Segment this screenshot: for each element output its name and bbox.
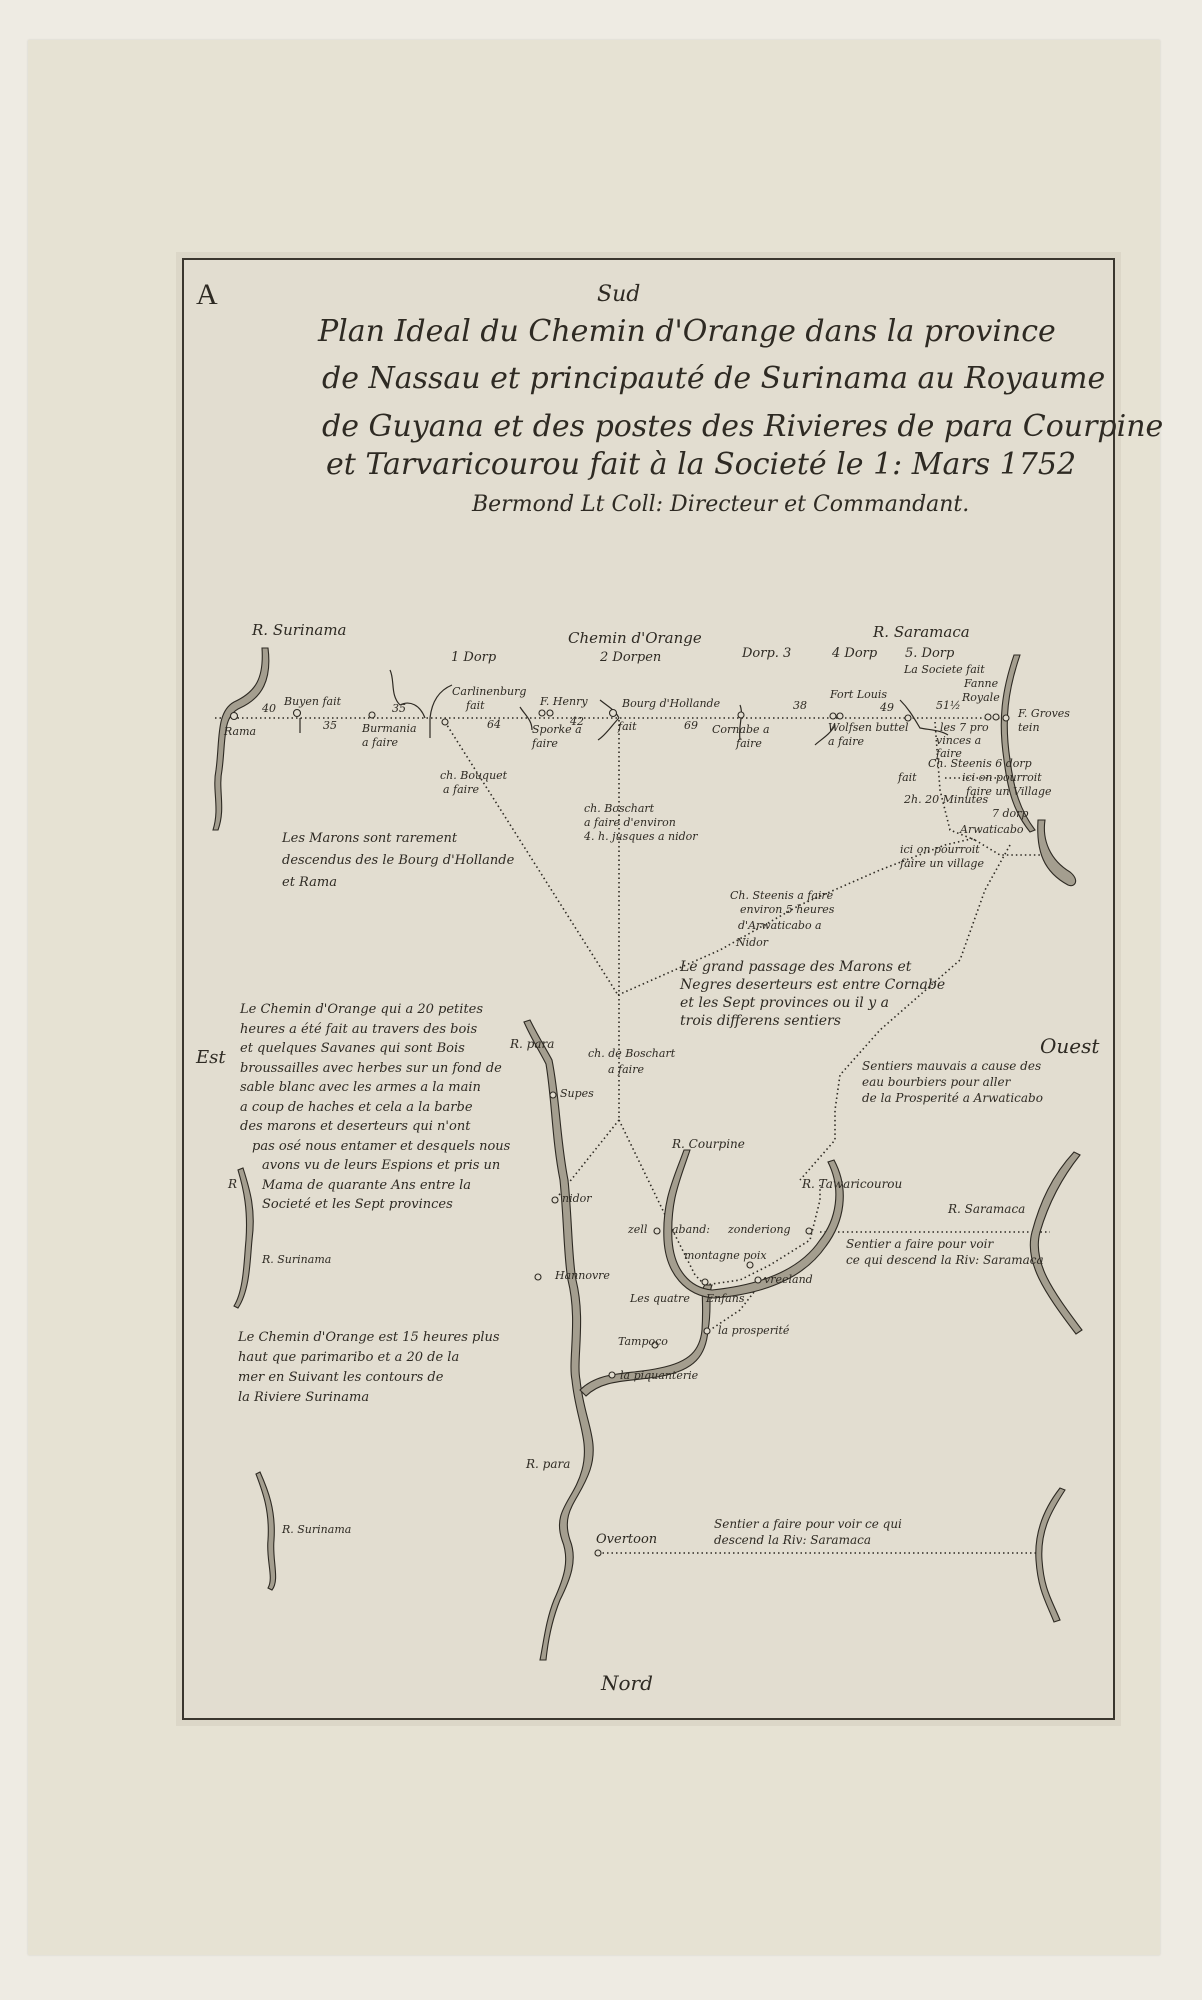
distance-label: 42 (570, 716, 584, 729)
title-signature: Bermond Lt Coll: Directeur et Commandant… (472, 492, 969, 517)
label-ch-steenis-1: Ch. Steenis a faire (730, 890, 833, 903)
label-f-groves-tein: tein (1018, 722, 1040, 735)
label-r-para: R. para (510, 1038, 554, 1052)
label-dorp-4: 4 Dorp (832, 647, 877, 662)
title-line-2: de Nassau et principauté de Surinama au … (322, 362, 1105, 397)
label-r-surinama-bottom: R. Surinama (282, 1524, 351, 1537)
label-carlinenburg-fait: fait (466, 700, 485, 713)
label-r-surinama-top: R. Surinama (252, 622, 347, 639)
compass-west: Ouest (1040, 1035, 1099, 1058)
label-dorp-7: 7 dorp (992, 808, 1028, 821)
label-aband: aband: (672, 1224, 710, 1237)
label-sporke-faire: faire (532, 738, 558, 751)
label-bourg-fait: fait (618, 721, 637, 734)
note-marons: Les Marons sont rarement descendus des l… (282, 828, 514, 894)
label-r-para-bottom: R. para (526, 1458, 570, 1472)
note-sentiers-mauvais: Sentiers mauvais a cause des eau bourbie… (862, 1058, 1043, 1106)
label-heures-minutes: 2h. 20 Minutes (904, 794, 988, 807)
label-wolfsenbuttel-faire: a faire (828, 736, 864, 749)
label-f-henry: F. Henry (540, 696, 588, 709)
distance-label: 51½ (936, 700, 961, 713)
river-surinama-bottom-left (256, 1472, 276, 1590)
note-sentier-bottom: Sentier a faire pour voir ce qui descend… (714, 1516, 902, 1548)
label-sept-provinces-1: les 7 pro (940, 722, 989, 735)
distance-label: 35 (323, 720, 337, 733)
label-ch-steenis-4: Nidor (736, 937, 768, 950)
label-montagne-poix: montagne poix (684, 1250, 767, 1263)
distance-label: 49 (880, 702, 894, 715)
label-ch-bouquet-faire: a faire (443, 784, 479, 797)
label-ici-village-b1: ici on pourroit (900, 844, 980, 857)
label-dorp-5: 5. Dorp (905, 647, 954, 662)
label-la-societe-fait: La Societe fait (904, 664, 985, 677)
label-quatre: Les quatre (630, 1293, 690, 1306)
label-burmania: Burmania (362, 723, 417, 736)
label-ch-de-boschart: ch. de Boschart (588, 1048, 675, 1061)
label-la-prosperite: la prosperité (718, 1325, 789, 1338)
label-enfans: Enfans (706, 1293, 744, 1306)
distance-label: 69 (684, 720, 698, 733)
plate-letter: A (196, 278, 218, 312)
label-hannovre: Hannovre (555, 1270, 610, 1283)
label-ch-boschart-2: a faire d'environ (584, 817, 676, 830)
note-grand-passage: Le grand passage des Marons et Negres de… (680, 958, 945, 1030)
label-fanne: Fanne (964, 678, 998, 691)
note-chemin-description: Le Chemin d'Orange qui a 20 petites heur… (240, 1000, 510, 1215)
label-rama: Rama (224, 726, 256, 739)
river-saramaca-arwaticabo (1038, 820, 1076, 886)
label-burmania-faire: a faire (362, 737, 398, 750)
label-bourg-hollande: Bourg d'Hollande (622, 698, 720, 711)
label-dorp-3: Dorp. 3 (742, 647, 791, 662)
label-supes: Supes (560, 1088, 594, 1101)
river-surinama-top (213, 648, 269, 830)
title-line-4: et Tarvaricourou fait à la Societé le 1:… (326, 448, 1076, 483)
distance-label: 64 (487, 719, 501, 732)
river-para (524, 1020, 593, 1660)
label-ch-steenis-3: d'Arwaticabo a (738, 920, 822, 933)
label-ch-bouquet: ch. Bouquet (440, 770, 507, 783)
label-chemin-orange: Chemin d'Orange (568, 630, 702, 647)
label-la-piquanterie: la piquanterie (620, 1370, 698, 1383)
label-overtoon: Overtoon (596, 1533, 657, 1548)
label-cornabe: Cornabe a (712, 724, 770, 737)
label-zell: zell (628, 1224, 647, 1237)
label-zonderiong: zonderiong (728, 1224, 791, 1237)
distance-label: 35 (392, 703, 406, 716)
label-r-left: R (228, 1178, 237, 1192)
label-ch-steenis-6-dorp: Ch. Steenis 6 dorp (928, 758, 1032, 771)
label-wolfsenbuttel: Wolfsen buttel (828, 722, 909, 735)
compass-south: Sud (597, 282, 640, 307)
label-ch-steenis-fait: fait (898, 772, 917, 785)
distance-label: 40 (262, 703, 276, 716)
label-arwaticabo: Arwaticabo (960, 824, 1024, 837)
label-ch-boschart: ch. Boschart (584, 803, 654, 816)
label-royale: Royale (962, 692, 1000, 705)
label-r-saramaca-mid: R. Saramaca (948, 1203, 1025, 1217)
arwaticabo-path (975, 840, 1040, 855)
compass-east: Est (196, 1048, 226, 1069)
label-r-surinama-left: R. Surinama (262, 1254, 331, 1267)
river-saramaca-bottom (1036, 1488, 1065, 1622)
note-sentier-saramaca: Sentier a faire pour voir ce qui descend… (846, 1236, 1044, 1268)
label-vreeland: vreeland (764, 1274, 813, 1287)
label-f-groves: F. Groves (1018, 708, 1070, 721)
label-buyen-fait: Buyen fait (284, 696, 341, 709)
label-ici-village-1: ici on pourroit (962, 772, 1042, 785)
compass-north: Nord (601, 1672, 653, 1695)
label-dorp-2: 2 Dorpen (600, 651, 661, 666)
label-ici-village-b2: faire un village (900, 858, 984, 871)
label-cornabe-faire: faire (736, 738, 762, 751)
label-fort-louis: Fort Louis (830, 689, 887, 702)
label-r-saramaca-top: R. Saramaca (873, 624, 970, 641)
label-ch-boschart-3: 4. h. jusques a nidor (584, 831, 698, 844)
label-r-courpine: R. Courpine (672, 1138, 745, 1152)
title-line-3: de Guyana et des postes des Rivieres de … (322, 410, 1163, 445)
distance-label: 38 (793, 700, 807, 713)
title-line-1: Plan Ideal du Chemin d'Orange dans la pr… (318, 315, 1056, 350)
label-nidor: nidor (562, 1193, 592, 1206)
label-r-tawaricourou: R. Tawaricourou (802, 1178, 902, 1192)
label-carlinenburg: Carlinenburg (452, 686, 526, 699)
note-chemin-height: Le Chemin d'Orange est 15 heures plus ha… (238, 1328, 500, 1408)
label-tampoco: Tampoco (618, 1336, 668, 1349)
label-ch-de-boschart-2: a faire (608, 1064, 644, 1077)
label-ch-steenis-2: environ 5 heures (740, 904, 834, 917)
label-sept-provinces-2: vinces a (936, 735, 981, 748)
river-saramaca-top (1001, 655, 1035, 832)
label-dorp-1: 1 Dorp (451, 651, 496, 666)
